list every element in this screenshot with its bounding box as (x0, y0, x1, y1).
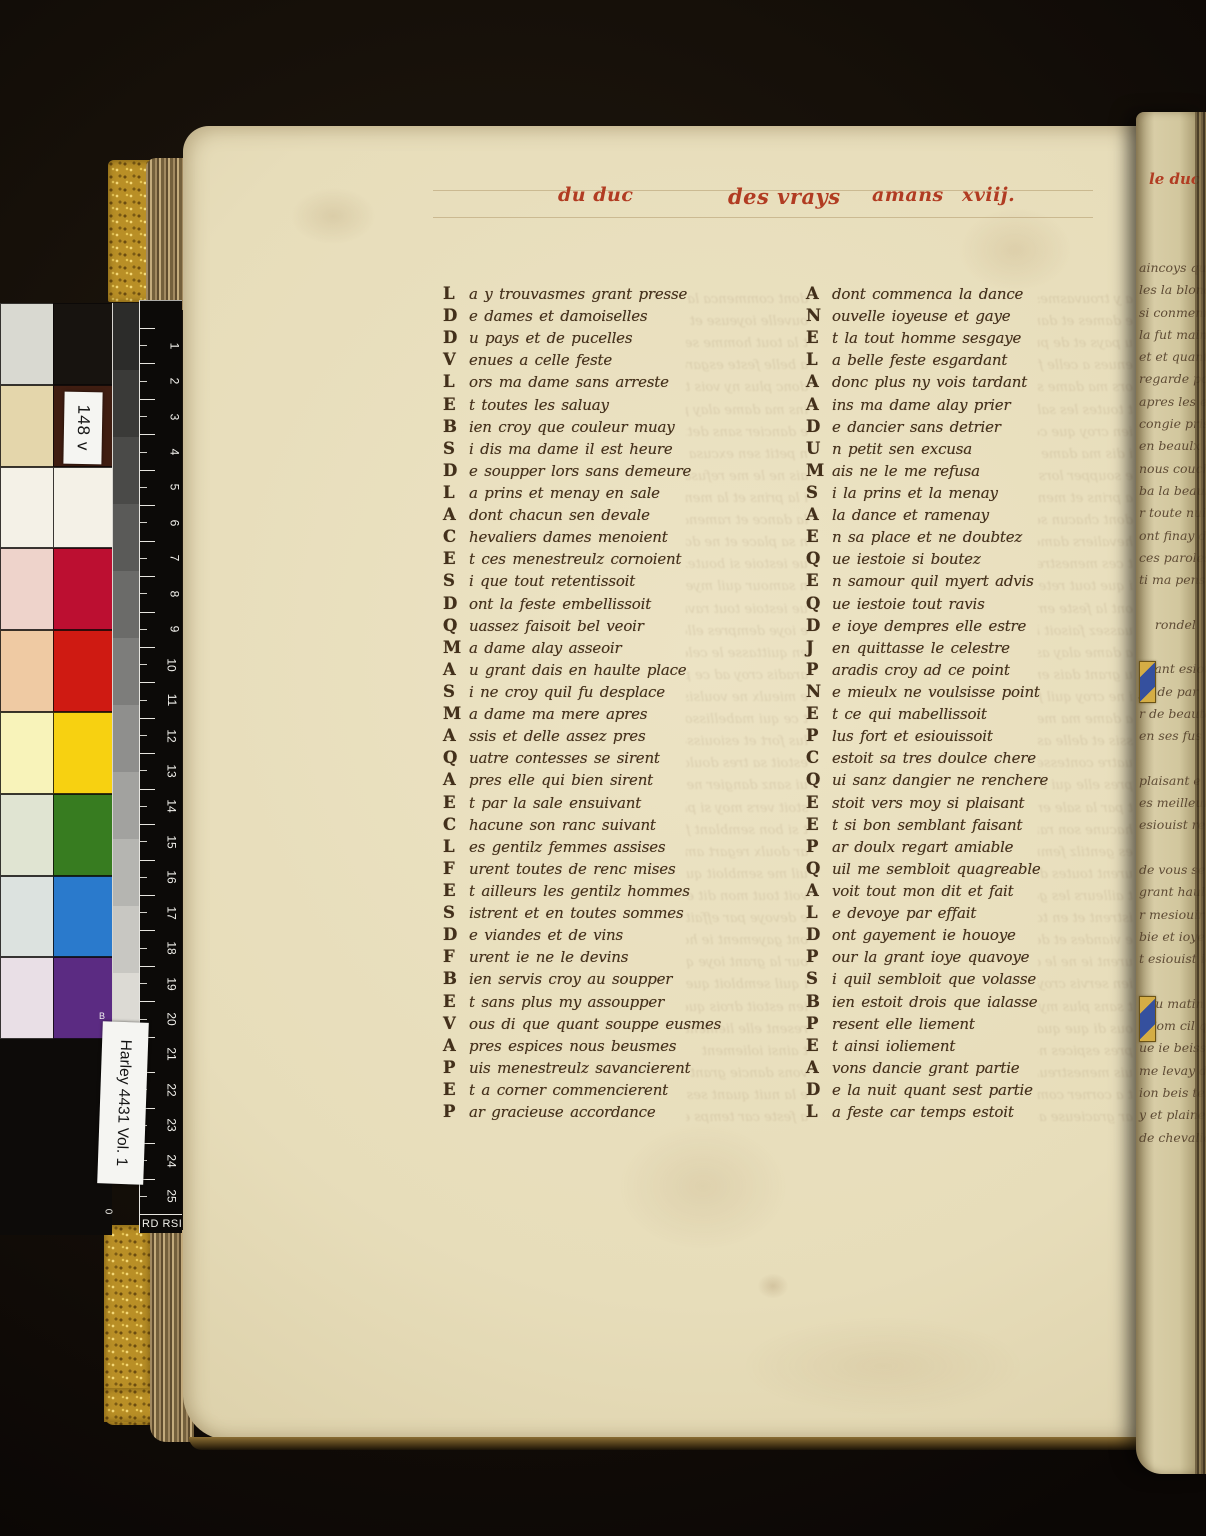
show-through-text: a y trouvasmes grant pressee dames et da… (1038, 292, 1133, 1137)
verse-text: i la prins et la menay (832, 484, 998, 502)
ruler-number: 7 (168, 555, 182, 562)
verse-text: resent elle liement (832, 1015, 975, 1033)
verse-text: hacune son ranc suivant (469, 816, 656, 834)
verse-initial: A (443, 1036, 469, 1055)
verse-initial: N (806, 682, 832, 701)
verse-line: L a feste car temps estoit (806, 1102, 1048, 1124)
verse-initial: P (443, 1102, 469, 1121)
verse-line: D ont gayement ie houoye (806, 925, 1048, 947)
ruler-tick: 14 (140, 789, 182, 824)
verse-column-left: L a y trouvasmes grant presse D e dames … (443, 284, 721, 1124)
color-patch (0, 548, 53, 630)
verse-line: L ors ma dame sans arreste (443, 372, 721, 394)
verse-line: P aradis croy ad ce point (806, 660, 1048, 682)
fore-edge-stripes (1195, 112, 1206, 1474)
verse-line: Q uatre contesses se sirent (443, 748, 721, 770)
verse-initial: E (806, 1036, 832, 1055)
verse-initial: A (443, 770, 469, 789)
verse-initial: A (806, 395, 832, 414)
verse-line: E t la tout homme sesgaye (806, 328, 1048, 350)
ruler-number: 5 (168, 484, 182, 491)
ruler-number: 24 (164, 1154, 178, 1167)
verse-initial: B (443, 969, 469, 988)
verse-text: a dame alay asseoir (469, 639, 621, 657)
ruler-number: 17 (164, 906, 178, 919)
verse-text: t ce qui mabellissoit (832, 705, 987, 723)
verse-initial: P (443, 1058, 469, 1077)
verse-initial: B (806, 992, 832, 1011)
verse-line: C hevaliers dames menoient (443, 527, 721, 549)
verse-text: e la nuit quant sest partie (832, 1081, 1033, 1099)
verse-line: M ais ne le me refusa (806, 461, 1048, 483)
verse-initial: V (443, 1014, 469, 1033)
verse-line: A ins ma dame alay prier (806, 395, 1048, 417)
ruler-tick: 24 (140, 1143, 182, 1178)
verse-initial: F (443, 947, 469, 966)
ruler-number: 19 (164, 977, 178, 990)
verse-text: a dame ma mere apres (469, 705, 647, 723)
parchment-page-148v: du ducdes vraysamansxviij. dont commenca… (183, 126, 1140, 1440)
color-patch (0, 876, 53, 958)
ruler-tick: 19 (140, 966, 182, 1001)
verse-initial: A (806, 505, 832, 524)
ruler-tick: 5 (140, 470, 182, 505)
verse-initial: L (443, 837, 469, 856)
verse-initial: E (806, 571, 832, 590)
manuscript-photo: du ducdes vraysamansxviij. dont commenca… (0, 0, 1206, 1536)
ruler-number: 2 (168, 378, 182, 385)
verse-initial: L (806, 1102, 832, 1121)
verse-initial: E (443, 793, 469, 812)
verse-initial: L (443, 284, 469, 303)
verse-initial: Q (443, 616, 469, 635)
ruler-number: 20 (164, 1012, 178, 1025)
verse-line: F urent toutes de renc mises (443, 859, 721, 881)
verse-line: D u pays et de pucelles (443, 328, 721, 350)
verse-text: ien servis croy au soupper (469, 970, 672, 988)
ruler-tick: 3 (140, 399, 182, 434)
verse-line: Q uassez faisoit bel veoir (443, 616, 721, 638)
card-mark: B (99, 1011, 105, 1021)
verse-initial: S (443, 903, 469, 922)
running-header-token: du duc (558, 184, 633, 206)
card-black-area (0, 1039, 112, 1235)
verse-line: E t ainsi ioliement (806, 1036, 1048, 1058)
verse-initial: Q (806, 770, 832, 789)
verse-text: t par la sale ensuivant (469, 794, 641, 812)
verse-text: ue iestoie si boutez (832, 550, 981, 568)
verse-line: Q uil me sembloit quagreable (806, 859, 1048, 881)
verse-initial: S (443, 439, 469, 458)
ruler-tick: 17 (140, 895, 182, 930)
verse-initial: D (443, 594, 469, 613)
verse-initial: S (443, 571, 469, 590)
ruler-tick: 13 (140, 753, 182, 788)
verse-line: E t ailleurs les gentilz hommes (443, 881, 721, 903)
verse-initial: L (806, 350, 832, 369)
color-patch (0, 712, 53, 794)
verse-initial: M (443, 704, 469, 723)
verse-line: A u grant dais en haulte place (443, 660, 721, 682)
verse-text: uil me sembloit quagreable (832, 860, 1041, 878)
ruler-number: 13 (164, 764, 178, 777)
grayscale-strip (112, 303, 140, 1107)
verse-text: ous di que quant souppe eusmes (469, 1015, 721, 1033)
verse-text: t la tout homme sesgaye (832, 329, 1021, 347)
grayscale-step (113, 772, 140, 839)
verse-text: i quil sembloit que volasse (832, 970, 1036, 988)
next-folio-curled-edge: le duc aincoys que onles la blonde corsi… (1136, 112, 1206, 1474)
verse-initial: S (806, 969, 832, 988)
ruler-number: 10 (164, 658, 178, 671)
verse-initial: E (443, 992, 469, 1011)
verse-initial: A (443, 660, 469, 679)
verse-text: e dames et damoiselles (469, 307, 647, 325)
ruler-tick: 23 (140, 1108, 182, 1143)
grayscale-step (113, 370, 140, 437)
verse-initial: A (806, 1058, 832, 1077)
verse-initial: E (443, 1080, 469, 1099)
verse-line: D e la nuit quant sest partie (806, 1080, 1048, 1102)
verse-line: S i dis ma dame il est heure (443, 439, 721, 461)
verse-line: E t par la sale ensuivant (443, 793, 721, 815)
verse-line: B ien croy que couleur muay (443, 417, 721, 439)
verse-text: a prins et menay en sale (469, 484, 660, 502)
ruler-number: 4 (168, 449, 182, 456)
running-header-token: des vrays (728, 184, 841, 209)
verse-text: e devoye par effait (832, 904, 976, 922)
illuminated-initial (1139, 996, 1156, 1042)
color-patch (0, 957, 53, 1039)
ruler-number: 23 (164, 1119, 178, 1132)
verse-line: S i ne croy quil fu desplace (443, 682, 721, 704)
verse-initial: C (806, 748, 832, 767)
verse-text: enues a celle feste (469, 351, 612, 369)
color-patch (0, 385, 53, 467)
verse-line: C hacune son ranc suivant (443, 815, 721, 837)
verse-text: a feste car temps estoit (832, 1103, 1014, 1121)
verse-initial: P (806, 1014, 832, 1033)
color-patch-row (0, 876, 112, 958)
verse-text: voit tout mon dit et fait (832, 882, 1014, 900)
grayscale-step (113, 437, 140, 504)
verse-line: L a y trouvasmes grant presse (443, 284, 721, 306)
verse-text: ar gracieuse accordance (469, 1103, 656, 1121)
verse-line: P uis menestreulz savancierent (443, 1058, 721, 1080)
verse-text: vons dancie grant partie (832, 1059, 1019, 1077)
verse-initial: E (443, 549, 469, 568)
verse-initial: D (806, 417, 832, 436)
verse-text: t a corner commencierent (469, 1081, 668, 1099)
ruler-tick: 9 (140, 612, 182, 647)
color-patch (53, 467, 113, 549)
grayscale-step (113, 839, 140, 906)
verse-initial: Q (806, 859, 832, 878)
ruler-number: 11 (165, 694, 179, 706)
verse-text: u pays et de pucelles (469, 329, 632, 347)
verse-text: ue iestoie tout ravis (832, 595, 985, 613)
ruler-tick: 8 (140, 576, 182, 611)
verse-initial: D (443, 306, 469, 325)
verse-text: uis menestreulz savancierent (469, 1059, 690, 1077)
ruler-zero: 0 (102, 1209, 113, 1215)
verse-line: A pres elle qui bien sirent (443, 770, 721, 792)
ruler-number: 22 (164, 1083, 178, 1096)
verse-text: i que tout retentissoit (469, 572, 635, 590)
verse-line: A pres espices nous beusmes (443, 1036, 721, 1058)
verse-line: S i que tout retentissoit (443, 571, 721, 593)
ruler-number: 15 (164, 835, 178, 848)
verse-initial: A (443, 726, 469, 745)
verse-line: A ssis et delle assez pres (443, 726, 721, 748)
verse-text: ont la feste embellissoit (469, 595, 651, 613)
verse-text: n petit sen excusa (832, 440, 972, 458)
ruler-tick: 11 (140, 682, 182, 717)
verse-line: D e viandes et de vins (443, 925, 721, 947)
verse-initial: E (806, 704, 832, 723)
verse-line: E t a corner commencierent (443, 1080, 721, 1102)
ruler-number: 1 (168, 342, 182, 349)
verse-text: lus fort et esiouissoit (832, 727, 993, 745)
ruler-number: 8 (168, 590, 182, 597)
verse-line: V enues a celle feste (443, 350, 721, 372)
verse-initial: N (806, 306, 832, 325)
verse-initial: A (806, 881, 832, 900)
color-patch (53, 712, 113, 794)
verse-line: E stoit vers moy si plaisant (806, 793, 1048, 815)
ruler-tick: 4 (140, 434, 182, 469)
verse-text: u grant dais en haulte place (469, 661, 686, 679)
verse-line: D e dames et damoiselles (443, 306, 721, 328)
verse-line: L a prins et menay en sale (443, 483, 721, 505)
verse-line: E n sa place et ne doubtez (806, 527, 1048, 549)
verse-line: L a belle feste esgardant (806, 350, 1048, 372)
ruler-number: 18 (164, 941, 178, 954)
verse-line: P ar doulx regart amiable (806, 837, 1048, 859)
ruler-tick: 15 (140, 824, 182, 859)
verse-text: n sa place et ne doubtez (832, 528, 1022, 546)
verse-text: our la grant ioye quavoye (832, 948, 1029, 966)
verse-line: D e ioye dempres elle estre (806, 616, 1048, 638)
verse-line: D e soupper lors sans demeure (443, 461, 721, 483)
verse-initial: L (443, 372, 469, 391)
verse-line: D ont la feste embellissoit (443, 594, 721, 616)
verse-text: ien croy que couleur muay (469, 418, 675, 436)
verse-initial: D (806, 925, 832, 944)
verse-text: aradis croy ad ce point (832, 661, 1010, 679)
verse-line: P resent elle liement (806, 1014, 1048, 1036)
verse-initial: A (806, 372, 832, 391)
verse-text: e viandes et de vins (469, 926, 623, 944)
grayscale-step (113, 906, 140, 973)
verse-initial: M (443, 638, 469, 657)
verse-text: t sans plus my assoupper (469, 993, 664, 1011)
verse-text: t toutes les saluay (469, 396, 609, 414)
color-patch-row (0, 794, 112, 876)
verse-initial: D (806, 616, 832, 635)
ruler-number: 12 (164, 729, 178, 742)
verse-line: E t si bon semblant faisant (806, 815, 1048, 837)
verse-line: S i quil sembloit que volasse (806, 969, 1048, 991)
verse-text: e mieulx ne voulsisse point (832, 683, 1040, 701)
verse-text: dont commenca la dance (832, 285, 1023, 303)
verse-text: ins ma dame alay prier (832, 396, 1010, 414)
verse-line: E t toutes les saluay (443, 395, 721, 417)
verse-text: t ainsi ioliement (832, 1037, 955, 1055)
ruler-tick: 12 (140, 718, 182, 753)
verse-text: uassez faisoit bel veoir (469, 617, 644, 635)
verse-text: n samour quil myert advis (832, 572, 1034, 590)
verse-line: A voit tout mon dit et fait (806, 881, 1048, 903)
verse-text: i dis ma dame il est heure (469, 440, 673, 458)
verse-initial: E (806, 815, 832, 834)
verse-initial: C (443, 815, 469, 834)
color-patch-row (0, 712, 112, 794)
verse-line: N ouvelle ioyeuse et gaye (806, 306, 1048, 328)
color-patch (53, 548, 113, 630)
grayscale-step (113, 705, 140, 772)
verse-line: E t ce qui mabellissoit (806, 704, 1048, 726)
verse-text: ont gayement ie houoye (832, 926, 1016, 944)
verse-initial: S (806, 483, 832, 502)
verse-text: e ioye dempres elle estre (832, 617, 1026, 635)
verse-line: E n samour quil myert advis (806, 571, 1048, 593)
ruler-number: 9 (168, 626, 182, 633)
verse-initial: D (443, 925, 469, 944)
verse-initial: Q (806, 549, 832, 568)
color-patch-row (0, 548, 112, 630)
verse-text: hevaliers dames menoient (469, 528, 668, 546)
verse-line: S i la prins et la menay (806, 483, 1048, 505)
verse-initial: J (806, 638, 832, 657)
running-header: du ducdes vraysamansxviij. (183, 184, 1140, 218)
verse-line: P ar gracieuse accordance (443, 1102, 721, 1124)
recto-running-header: le duc (1149, 170, 1200, 188)
verse-initial: L (443, 483, 469, 502)
verse-line: A dont chacun sen devale (443, 505, 721, 527)
verse-initial: M (806, 461, 832, 480)
verse-initial: E (806, 527, 832, 546)
verse-text: urent toutes de renc mises (469, 860, 675, 878)
grayscale-step (113, 638, 140, 705)
verse-line: J en quittasse le celestre (806, 638, 1048, 660)
verse-line: F urent ie ne le devins (443, 947, 721, 969)
ruler-number: 3 (168, 413, 182, 420)
verse-initial: E (443, 395, 469, 414)
ruler-number: 14 (164, 800, 178, 813)
verse-initial: P (806, 726, 832, 745)
verse-text: stoit vers moy si plaisant (832, 794, 1024, 812)
folio-number-sticker: 148 v (63, 392, 102, 465)
verse-initial: E (806, 793, 832, 812)
verse-line: P lus fort et esiouissoit (806, 726, 1048, 748)
verse-line: E t sans plus my assoupper (443, 992, 721, 1014)
verse-initial: E (443, 881, 469, 900)
grayscale-step (113, 571, 140, 638)
verse-initial: F (443, 859, 469, 878)
verse-line: N e mieulx ne voulsisse point (806, 682, 1048, 704)
verse-text: pres espices nous beusmes (469, 1037, 676, 1055)
ruler-number: 16 (164, 871, 178, 884)
verse-line: V ous di que quant souppe eusmes (443, 1014, 721, 1036)
verse-initial: Q (806, 594, 832, 613)
verse-text: i ne croy quil fu desplace (469, 683, 665, 701)
verse-initial: V (443, 350, 469, 369)
ruler-number: 25 (164, 1190, 178, 1203)
color-patch-row (0, 957, 112, 1039)
verse-initial: E (806, 328, 832, 347)
running-header-token: amans (872, 184, 944, 206)
verse-line: B ien servis croy au soupper (443, 969, 721, 991)
verse-initial: P (806, 947, 832, 966)
verse-initial: D (806, 1080, 832, 1099)
grayscale-step (113, 504, 140, 571)
verse-column-right: A dont commenca la dance N ouvelle ioyeu… (806, 284, 1048, 1124)
verse-initial: L (806, 903, 832, 922)
verse-text: ui sanz dangier ne renchere (832, 771, 1048, 789)
verse-text: ien estoit drois que ialasse (832, 993, 1037, 1011)
verse-text: estoit sa tres doulce chere (832, 749, 1036, 767)
verse-text: donc plus ny vois tardant (832, 373, 1027, 391)
ruler-number: 6 (168, 520, 182, 527)
color-patch-row (0, 303, 112, 385)
verse-text: ors ma dame sans arreste (469, 373, 669, 391)
verse-text: t ailleurs les gentilz hommes (469, 882, 690, 900)
color-patch (53, 303, 113, 385)
verse-text: e soupper lors sans demeure (469, 462, 691, 480)
verse-initial: P (806, 660, 832, 679)
verse-line: P our la grant ioye quavoye (806, 947, 1048, 969)
ruler-label: RD RSI (142, 1218, 182, 1230)
verse-line: B ien estoit drois que ialasse (806, 992, 1048, 1014)
verse-text: pres elle qui bien sirent (469, 771, 653, 789)
verse-initial: D (443, 461, 469, 480)
verse-line: Q ui sanz dangier ne renchere (806, 770, 1048, 792)
verse-text: urent ie ne le devins (469, 948, 628, 966)
ruler-tick: 1 (140, 328, 182, 363)
verse-text: a y trouvasmes grant presse (469, 285, 687, 303)
verse-initial: U (806, 439, 832, 458)
verse-initial: C (443, 527, 469, 546)
verse-text: a belle feste esgardant (832, 351, 1007, 369)
illuminated-initial (1139, 661, 1156, 703)
ruler-number: 21 (164, 1048, 178, 1061)
verse-initial: B (443, 417, 469, 436)
verse-initial: A (806, 284, 832, 303)
running-header-token: xviij. (962, 184, 1015, 206)
verse-text: istrent et en toutes sommes (469, 904, 683, 922)
verse-line: L e devoye par effait (806, 903, 1048, 925)
color-patch-row (0, 467, 112, 549)
color-patch (0, 303, 53, 385)
verse-text: uatre contesses se sirent (469, 749, 660, 767)
verse-initial: P (806, 837, 832, 856)
ruler-tick: 10 (140, 647, 182, 682)
verse-text: ais ne le me refusa (832, 462, 980, 480)
verse-initial: Q (443, 748, 469, 767)
verse-text: ar doulx regart amiable (832, 838, 1013, 856)
color-patch (0, 630, 53, 712)
verse-text: es gentilz femmes assises (469, 838, 665, 856)
verse-text: ouvelle ioyeuse et gaye (832, 307, 1010, 325)
ruler-tick: 16 (140, 860, 182, 895)
verse-line: Q ue iestoie tout ravis (806, 594, 1048, 616)
verse-line: C estoit sa tres doulce chere (806, 748, 1048, 770)
verse-line: A la dance et ramenay (806, 505, 1048, 527)
verse-line: L es gentilz femmes assises (443, 837, 721, 859)
ruler-tick: 7 (140, 541, 182, 576)
color-patch (53, 630, 113, 712)
